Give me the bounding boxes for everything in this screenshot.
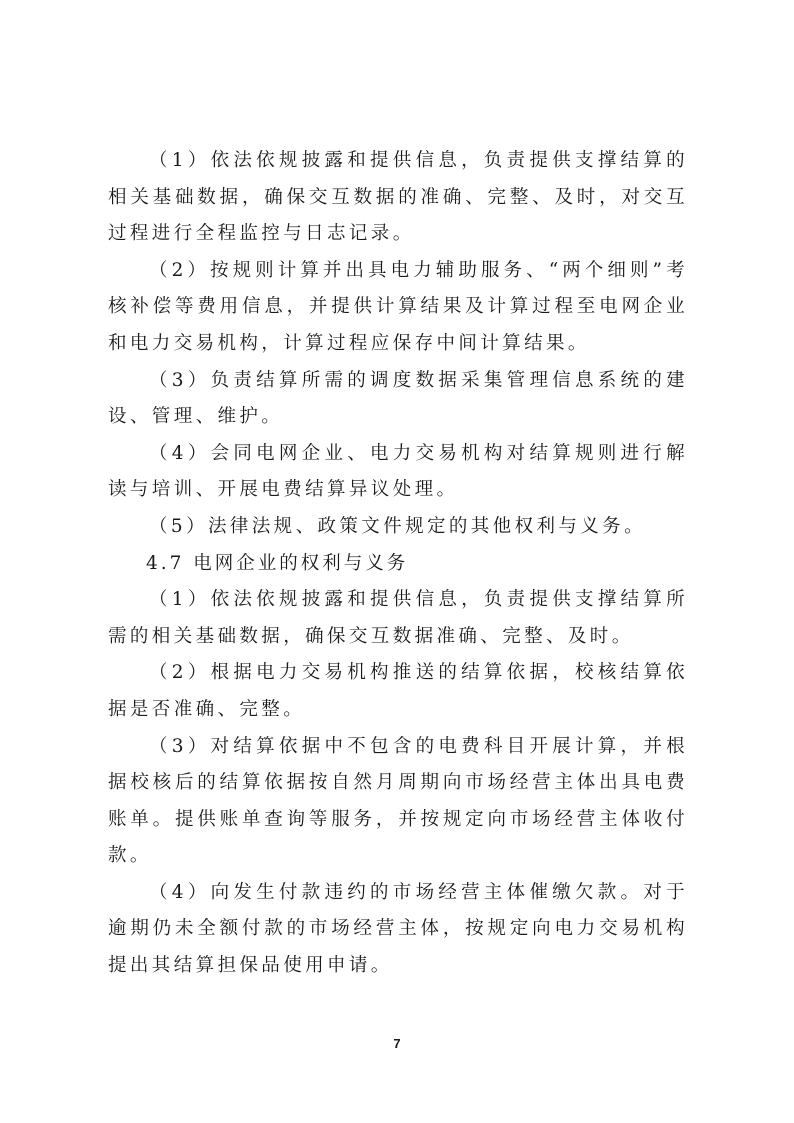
- paragraph-dispatch-duty-1: （1）依法依规披露和提供信息，负责提供支撑结算的相关基础数据，确保交互数据的准确…: [108, 143, 688, 253]
- document-page: （1）依法依规披露和提供信息，负责提供支撑结算的相关基础数据，确保交互数据的准确…: [0, 0, 794, 1123]
- paragraph-grid-duty-3: （3）对结算依据中不包含的电费科目开展计算，并根据校核后的结算依据按自然月周期向…: [108, 729, 688, 875]
- paragraph-dispatch-duty-3: （3）负责结算所需的调度数据采集管理信息系统的建设、管理、维护。: [108, 363, 688, 436]
- paragraph-dispatch-duty-4: （4）会同电网企业、电力交易机构对结算规则进行解读与培训、开展电费结算异议处理。: [108, 436, 688, 509]
- paragraph-grid-duty-4: （4）向发生付款违约的市场经营主体催缴欠款。对于逾期仍未全额付款的市场经营主体，…: [108, 875, 688, 985]
- paragraph-dispatch-duty-2: （2）按规则计算并出具电力辅助服务、“两个细则”考核补偿等费用信息，并提供计算结…: [108, 253, 688, 363]
- paragraph-grid-duty-2: （2）根据电力交易机构推送的结算依据，校核结算依据是否准确、完整。: [108, 655, 688, 728]
- section-heading: 4.7 电网企业的权利与义务: [108, 546, 688, 583]
- paragraph-dispatch-duty-5: （5）法律法规、政策文件规定的其他权利与义务。: [108, 509, 688, 546]
- page-number: 7: [0, 1036, 794, 1051]
- paragraph-grid-duty-1: （1）依法依规披露和提供信息，负责提供支撑结算所需的相关基础数据，确保交互数据准…: [108, 582, 688, 655]
- document-body: （1）依法依规披露和提供信息，负责提供支撑结算的相关基础数据，确保交互数据的准确…: [108, 143, 688, 985]
